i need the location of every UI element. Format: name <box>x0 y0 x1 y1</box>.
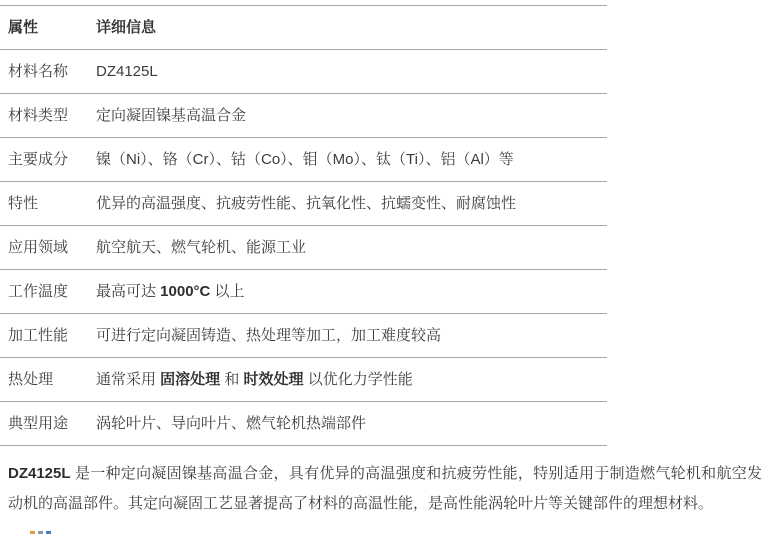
table-row: 应用领域航空航天、燃气轮机、能源工业 <box>0 226 607 270</box>
plain-text: 是一种定向凝固镍基高温合金，具有优异的高温强度和抗疲劳性能，特别适用于制造燃气轮… <box>8 465 762 512</box>
detail-cell: DZ4125L <box>96 61 607 82</box>
detail-cell: 定向凝固镍基高温合金 <box>96 105 607 126</box>
material-summary-paragraph: DZ4125L 是一种定向凝固镍基高温合金，具有优异的高温强度和抗疲劳性能，特别… <box>8 459 762 519</box>
artifact-fragment <box>30 531 35 534</box>
plain-text: 以优化力学性能 <box>304 371 413 388</box>
property-cell: 工作温度 <box>0 281 96 302</box>
table-row: 材料名称DZ4125L <box>0 50 607 94</box>
table-row: 特性优异的高温强度、抗疲劳性能、抗氧化性、抗蠕变性、耐腐蚀性 <box>0 182 607 226</box>
plain-text: 航空航天、燃气轮机、能源工业 <box>96 239 306 256</box>
emphasized-text: 固溶处理 <box>160 371 220 388</box>
detail-cell: 航空航天、燃气轮机、能源工业 <box>96 237 607 258</box>
property-cell: 加工性能 <box>0 325 96 346</box>
plain-text: 以上 <box>210 283 244 300</box>
table-row: 加工性能可进行定向凝固铸造、热处理等加工，加工难度较高 <box>0 314 607 358</box>
property-cell: 应用领域 <box>0 237 96 258</box>
detail-cell: 优异的高温强度、抗疲劳性能、抗氧化性、抗蠕变性、耐腐蚀性 <box>96 193 607 214</box>
table-row: 热处理通常采用 固溶处理 和 时效处理 以优化力学性能 <box>0 358 607 402</box>
plain-text: DZ4125L <box>96 63 158 80</box>
plain-text: 涡轮叶片、导向叶片、燃气轮机热端部件 <box>96 415 366 432</box>
detail-cell: 可进行定向凝固铸造、热处理等加工，加工难度较高 <box>96 325 607 346</box>
detail-cell: 通常采用 固溶处理 和 时效处理 以优化力学性能 <box>96 369 607 390</box>
column-header-detail: 详细信息 <box>96 17 607 38</box>
material-spec-table: 属性 详细信息 材料名称DZ4125L材料类型定向凝固镍基高温合金主要成分镍（N… <box>0 5 607 446</box>
property-cell: 主要成分 <box>0 149 96 170</box>
plain-text: 可进行定向凝固铸造、热处理等加工，加工难度较高 <box>96 327 441 344</box>
table-row: 工作温度最高可达 1000°C 以上 <box>0 270 607 314</box>
plain-text: 最高可达 <box>96 283 160 300</box>
property-cell: 特性 <box>0 193 96 214</box>
table-row: 典型用途涡轮叶片、导向叶片、燃气轮机热端部件 <box>0 402 607 446</box>
detail-cell: 最高可达 1000°C 以上 <box>96 281 607 302</box>
plain-text: 镍（Ni）、铬（Cr）、钴（Co）、钼（Mo）、钛（Ti）、铝（Al）等 <box>96 151 514 168</box>
property-cell: 材料类型 <box>0 105 96 126</box>
detail-cell: 镍（Ni）、铬（Cr）、钴（Co）、钼（Mo）、钛（Ti）、铝（Al）等 <box>96 149 607 170</box>
plain-text: 通常采用 <box>96 371 160 388</box>
column-header-property: 属性 <box>0 17 96 38</box>
artifact-fragment <box>46 531 51 534</box>
emphasized-text: 1000°C <box>160 283 210 300</box>
artifact-fragment <box>38 531 43 534</box>
table-header-row: 属性 详细信息 <box>0 6 607 50</box>
property-cell: 典型用途 <box>0 413 96 434</box>
detail-cell: 涡轮叶片、导向叶片、燃气轮机热端部件 <box>96 413 607 434</box>
property-cell: 材料名称 <box>0 61 96 82</box>
plain-text: 和 <box>220 371 243 388</box>
emphasized-text: 时效处理 <box>244 371 304 388</box>
emphasized-text: DZ4125L <box>8 465 71 482</box>
table-row: 材料类型定向凝固镍基高温合金 <box>0 94 607 138</box>
plain-text: 定向凝固镍基高温合金 <box>96 107 246 124</box>
table-row: 主要成分镍（Ni）、铬（Cr）、钴（Co）、钼（Mo）、钛（Ti）、铝（Al）等 <box>0 138 607 182</box>
cutoff-content-artifact <box>30 531 51 534</box>
plain-text: 优异的高温强度、抗疲劳性能、抗氧化性、抗蠕变性、耐腐蚀性 <box>96 195 516 212</box>
property-cell: 热处理 <box>0 369 96 390</box>
